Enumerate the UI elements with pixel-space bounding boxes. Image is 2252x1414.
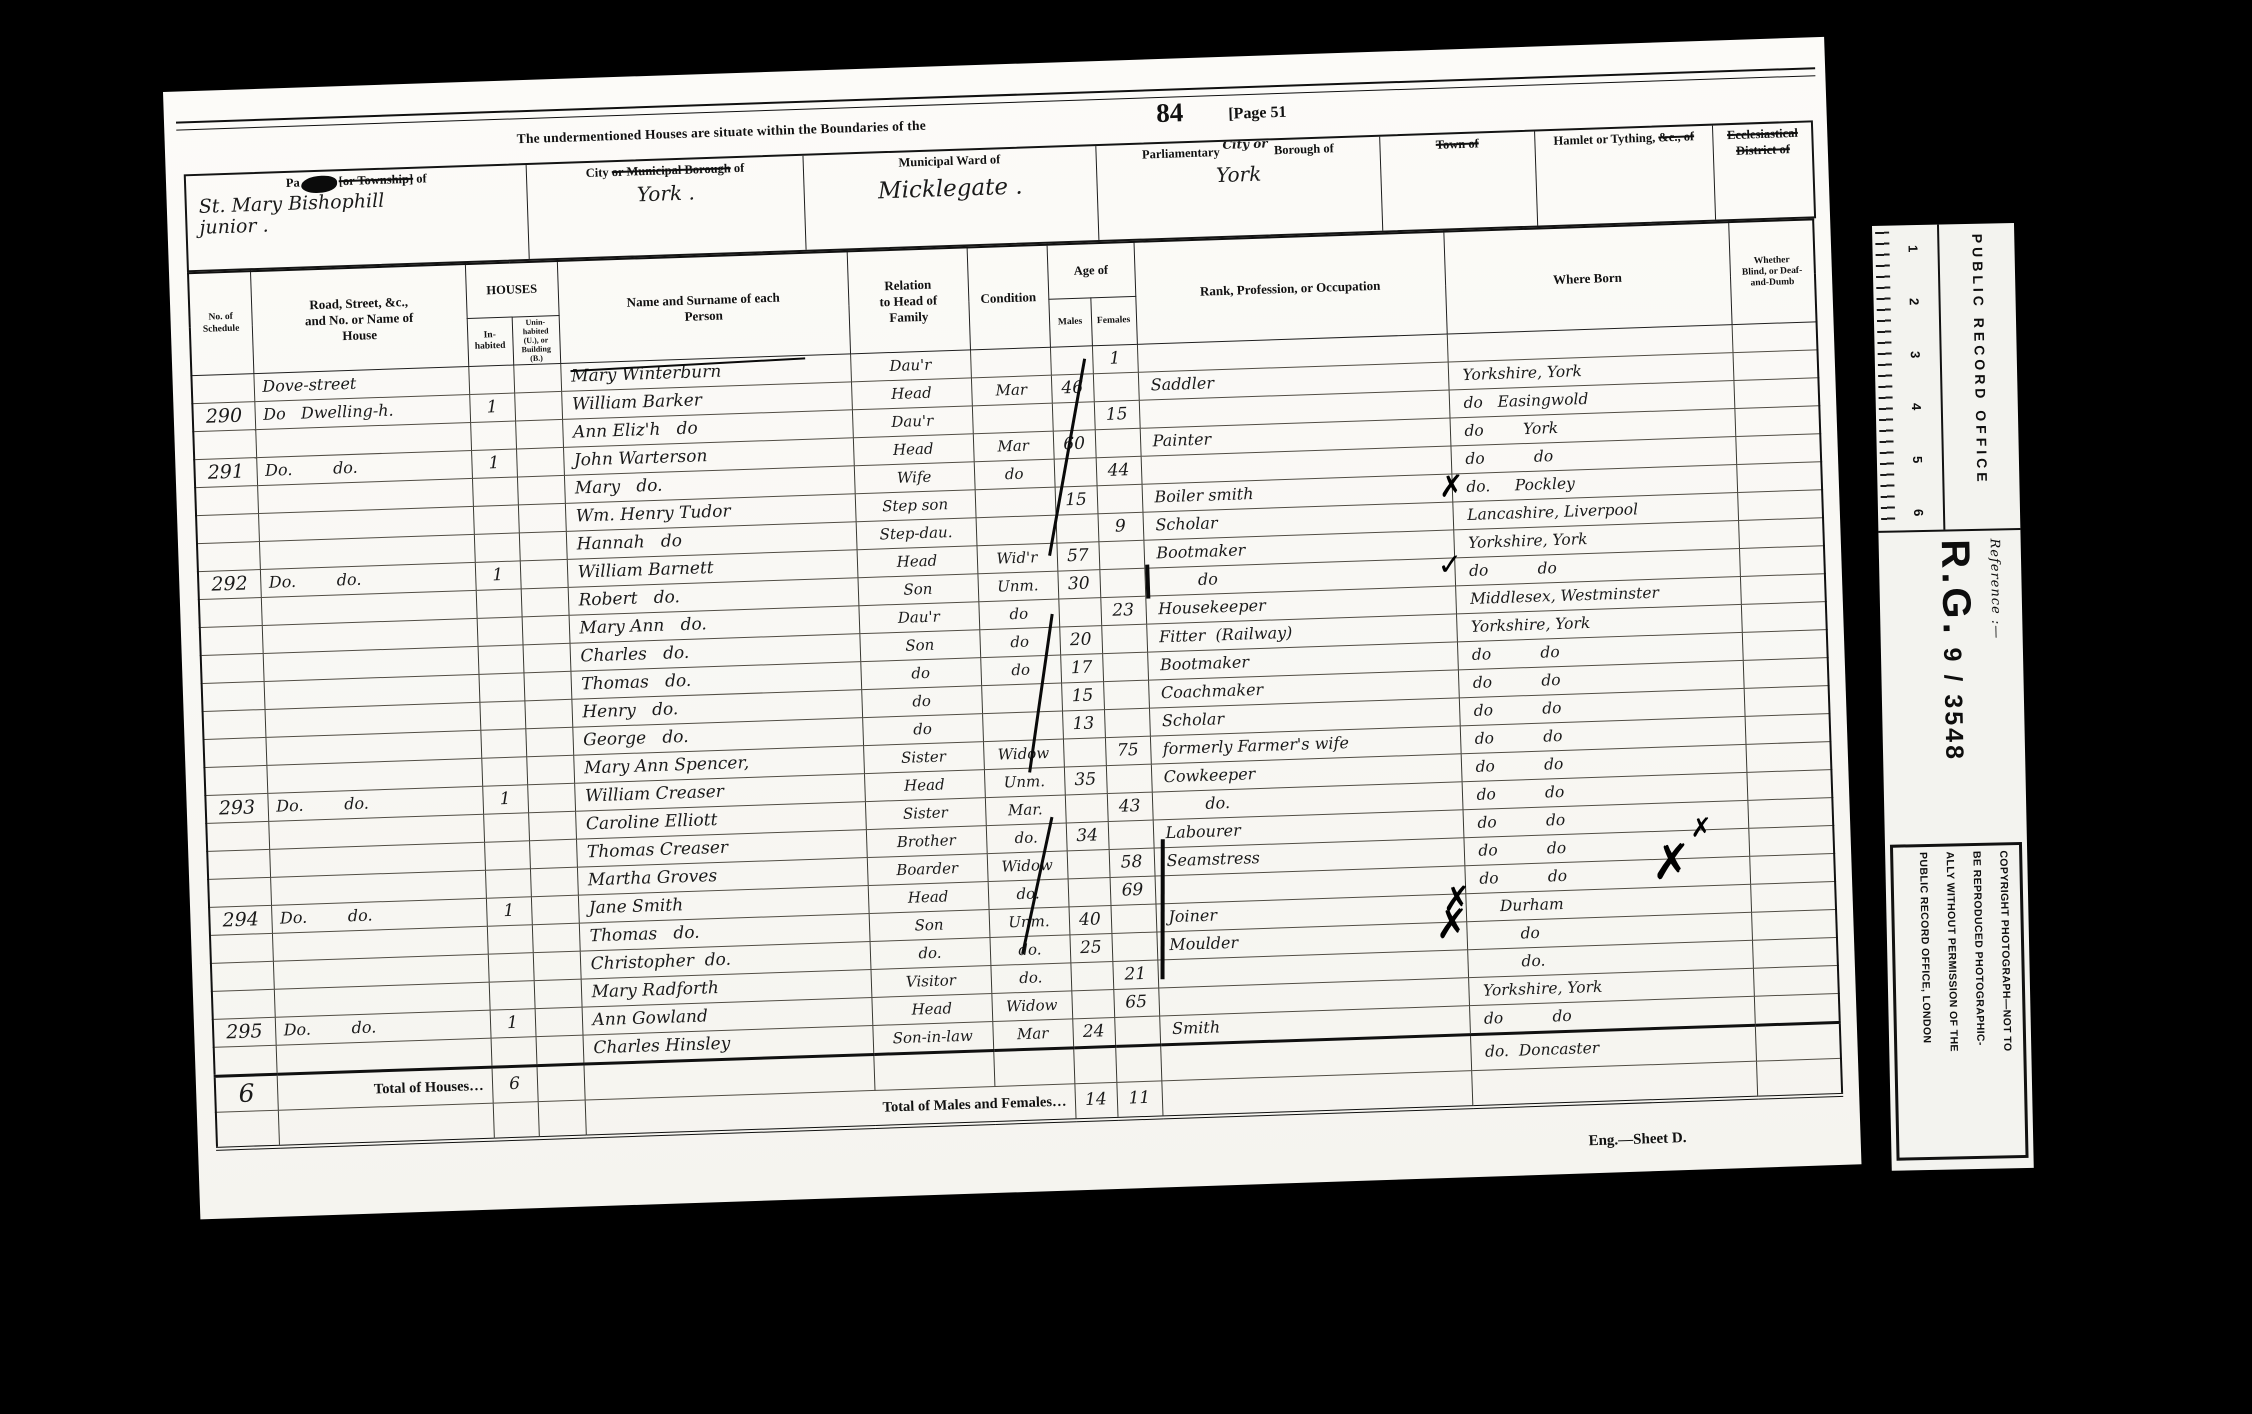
cell-s [195,486,258,516]
cell-rel: Visitor [870,966,991,998]
cell-uninh [536,1036,584,1067]
district-cell: Municipal Ward ofMicklegate . [803,146,1099,250]
scan-background: The undermentioned Houses are situate wi… [0,0,2252,1414]
cell-uninh [521,588,569,618]
cell-cond: Widow [987,851,1068,882]
cell-uninh [528,812,576,842]
cell-cond: do. [986,823,1067,854]
cell-f: 44 [1096,457,1142,486]
cell-f [1114,1016,1160,1046]
cell-blind [1750,882,1836,913]
cell-uninh [513,364,561,394]
cell-f [1093,373,1139,402]
cell-cond: Widow [983,739,1064,770]
cell-cond: Widow [991,991,1072,1022]
cell-s [204,766,267,796]
cell-cond: Mar [992,1019,1073,1051]
cell-blind [1747,798,1833,829]
cell-f [1111,932,1157,961]
empty-cell [216,1111,279,1150]
header-name: Name and Surname of each Person [557,251,850,363]
empty-cell [1755,1023,1841,1062]
cell-inh [488,953,534,982]
cell-m: 15 [1055,486,1098,515]
total-males: 14 [1074,1083,1117,1121]
cell-m [1050,346,1093,375]
district-cell: Pa[or Township] ofSt. Mary Bishophill ju… [186,165,530,270]
district-value: York . [532,179,800,208]
cell-rel: Dau'r [858,602,979,634]
cell-uninh [531,896,579,926]
cell-m: 30 [1057,570,1100,599]
cell-uninh [523,644,571,674]
folio-number: 84 [1156,97,1184,129]
header-males: Males [1048,297,1092,347]
cell-s [191,374,254,404]
copyright-stamp: COPYRIGHT PHOTOGRAPH—NOT TOBE REPRODUCED… [1890,842,2029,1161]
cell-cond [975,488,1056,519]
cell-blind [1742,630,1828,661]
cell-s [208,878,271,908]
cell-s: 294 [209,906,272,936]
cell-f: 1 [1092,345,1138,374]
cell-s: 292 [198,570,261,600]
cell-s [211,962,274,992]
cell-m [1067,850,1110,879]
cell-blind [1752,938,1838,969]
cell-cond [970,348,1051,379]
cell-m [1068,878,1111,907]
cell-cond [981,683,1062,714]
district-cell: Town of [1380,132,1538,231]
cell-s: 290 [192,402,255,432]
page-title: The undermentioned Houses are situate wi… [516,118,926,148]
cell-rel: Head [864,770,985,802]
cell-blind [1746,770,1832,801]
cell-inh: 1 [490,1009,536,1038]
district-label: Municipal Ward of [807,149,1091,174]
cell-uninh [529,840,577,870]
empty-cell [1756,1059,1842,1098]
district-label: Hamlet or Tything, &c., of [1539,129,1709,150]
cell-rel: Dau'r [850,350,971,382]
cell-f: 43 [1107,793,1153,822]
cell-rel: do [861,686,982,718]
cell-m [1063,738,1106,767]
cell-s [203,710,266,740]
cell-rel: Son [859,630,980,662]
cell-cond: do [980,656,1061,687]
cell-blind [1745,714,1831,745]
sheet-imprint: Eng.—Sheet D. [1588,1125,1860,1151]
cell-s [197,542,260,572]
cell-rel: Dau'r [852,406,973,438]
cell-blind [1751,910,1837,941]
cell-uninh [523,672,571,702]
empty-cell [1115,1045,1161,1082]
cell-cond: do. [990,935,1071,966]
cell-inh [473,505,519,534]
cell-cond: do. [988,879,1069,910]
cell-s: 295 [213,1018,276,1048]
total-females: 11 [1116,1081,1162,1119]
header-houses: HOUSES [465,261,559,318]
cell-rel: Head [853,434,974,466]
cell-blind [1734,406,1820,437]
cell-uninh [525,728,573,758]
cell-inh [478,645,524,674]
cell-inh [472,477,518,506]
cell-blind [1739,546,1825,577]
cell-uninh [524,700,572,730]
cell-m [1052,402,1095,431]
cell-s [196,514,259,544]
district-value: St. Mary Bishophill junior . [190,186,524,241]
empty-cell [537,1065,585,1103]
cell-blind [1744,686,1830,717]
cell-rel: Head [857,546,978,578]
cell-uninh [514,392,562,422]
cell-blind [1753,966,1839,997]
cell-f [1099,569,1145,598]
cell-inh [479,701,525,730]
cell-m: 57 [1056,542,1099,571]
cell-inh [470,421,516,450]
ruler-number: 5 [1910,456,1925,464]
cell-f: 65 [1113,988,1159,1017]
cell-m [1070,962,1113,991]
header-road: Road, Street, &c., and No. or Name of Ho… [250,264,468,374]
cell-cond [972,404,1053,435]
cell-f [1106,765,1152,794]
pro-office-label: PUBLIC RECORD OFFICE [1937,224,1991,530]
cell-blind [1749,854,1835,885]
cell-m: 17 [1060,654,1103,683]
cell-blind [1733,350,1819,381]
header-condition: Condition [967,245,1050,351]
ruler-number: 3 [1908,350,1923,358]
header-relation: Relation to Head of Family [847,247,970,354]
header-born: Where Born [1443,222,1731,334]
cell-s [193,430,256,460]
ruler-number: 6 [1911,509,1926,517]
cell-f: 58 [1109,849,1155,878]
cell-inh [478,673,524,702]
cell-s: 293 [205,794,268,824]
empty-cell [873,1051,994,1091]
census-table: No. of Schedule Road, Street, &c., and N… [187,218,1843,1151]
cell-uninh [519,532,567,562]
cell-s [206,822,269,852]
cell-rel: Son [869,910,990,942]
district-value: York [1101,159,1377,188]
cell-inh [483,813,529,842]
cell-s [200,626,263,656]
cell-rel: Boarder [867,854,988,886]
cell-uninh [535,1008,583,1038]
cell-inh [468,365,514,394]
cell-inh: 1 [475,561,521,590]
district-cell: ParliamentaryCity or Borough ofYork [1096,137,1384,240]
cell-inh: 1 [482,785,528,814]
district-value: Micklegate . [808,173,1092,205]
cell-f: 23 [1100,597,1146,626]
cell-blind [1736,462,1822,493]
cell-s: 291 [194,458,257,488]
header-females: Females [1090,296,1137,346]
cell-uninh [518,504,566,534]
cell-f: 21 [1112,960,1158,989]
total-houses-value: 6 [492,1066,538,1103]
cell-f [1097,485,1143,514]
cell-uninh [517,476,565,506]
total-houses-margin: 6 [215,1075,278,1113]
cell-uninh [533,952,581,982]
cell-rel: do [862,714,983,746]
cell-cond: Unm. [977,572,1058,603]
cell-s [207,850,270,880]
census-sheet: The undermentioned Houses are situate wi… [163,37,1861,1219]
cell-uninh [530,868,578,898]
empty-cell [538,1101,586,1139]
ink-blot [301,175,338,193]
page-number-bracket: [Page 51 [1228,104,1287,124]
cell-cond [982,711,1063,742]
cell-cond: Mar. [985,795,1066,826]
cell-inh [489,981,535,1010]
cell-inh [484,841,530,870]
cell-s [212,990,275,1020]
header-blind: Whether Blind, or Deaf- and-Dumb [1728,219,1816,325]
cell-m: 20 [1059,626,1102,655]
cell-inh [476,589,522,618]
cell-inh: 1 [469,393,515,422]
cell-inh: 1 [486,897,532,926]
cell-s [214,1046,277,1077]
cell-blind [1743,658,1829,689]
ruler-section: 123456 PUBLIC RECORD OFFICE [1872,223,2020,533]
cell-f: 15 [1094,401,1140,430]
cell-rel: Son [858,574,979,606]
district-label: Town of [1384,135,1530,155]
ruler-number: 2 [1907,298,1922,306]
district-value [1719,161,1808,164]
cell-f [1098,541,1144,570]
cell-uninh [532,924,580,954]
cell-f [1095,429,1141,458]
cell-rel: Brother [866,826,987,858]
empty-cell [493,1102,539,1140]
cell-m: 13 [1062,710,1105,739]
empty-cell [993,1048,1074,1087]
cell-f [1103,681,1149,710]
cell-blind [1737,490,1823,521]
cell-m: 25 [1069,934,1112,963]
cell-m: 46 [1051,374,1094,403]
cell-f [1111,904,1157,933]
header-schedule: No. of Schedule [188,271,253,376]
cell-blind [1735,434,1821,465]
table-body: Dove-streetMary WinterburnDau'r1290Do Dw… [191,322,1839,1077]
cell-uninh [515,420,563,450]
cell-rel: do. [870,938,991,970]
header-inhabited: In- habited [467,317,514,367]
cell-m: 35 [1064,766,1107,795]
cell-rel: Sister [863,742,984,774]
reference-label: Reference :— [1977,538,2017,835]
pro-reference-card: 123456 PUBLIC RECORD OFFICE Reference :—… [1872,223,2034,1171]
cell-cond: Mar [971,376,1052,407]
district-cell: City or Municipal Borough ofYork . [527,156,806,259]
cell-blind [1754,994,1840,1026]
district-cell: Hamlet or Tything, &c., of [1535,126,1717,226]
cell-uninh [520,560,568,590]
cell-cond: Mar [973,432,1054,463]
cell-inh [480,729,526,758]
cell-s [202,682,265,712]
reference-section: Reference :— R.G. 9 / 3548 [1878,530,2026,837]
cell-m: 40 [1069,906,1112,935]
cell-blind [1738,518,1824,549]
cell-cond: do [979,628,1060,659]
cell-uninh [526,756,574,786]
cell-s [201,654,264,684]
cell-m [1071,990,1114,1019]
cell-rel: do [860,658,981,690]
cell-inh: 1 [471,449,517,478]
cell-uninh [527,784,575,814]
cell-f [1104,709,1150,738]
cell-f: 75 [1105,737,1151,766]
cell-m [1058,598,1101,627]
cell-s [210,934,273,964]
cell-inh [491,1037,537,1067]
cell-inh [481,757,527,786]
cell-f [1108,821,1154,850]
cell-cond: Unm. [984,767,1065,798]
cell-rel: Son-in-law [872,1022,993,1055]
district-value [1385,154,1530,159]
empty-cell [278,1104,494,1148]
cell-rel: Step son [855,490,976,522]
cell-f: 69 [1110,876,1156,905]
cell-m: 15 [1061,682,1104,711]
cell-f: 9 [1098,513,1144,542]
header-rank: Rank, Profession, or Occupation [1134,232,1447,345]
cell-blind [1746,742,1832,773]
cell-f [1101,625,1147,654]
cell-uninh [516,448,564,478]
cell-inh [485,869,531,898]
cell-uninh [522,616,570,646]
header-age: Age of [1047,242,1136,299]
cell-inh [474,533,520,562]
cell-cond: Unm. [989,907,1070,938]
cell-blind [1740,574,1826,605]
cell-cond: do [978,600,1059,631]
district-value [1539,148,1709,154]
cell-rel: Head [871,994,992,1026]
header-uninhabited: Unin- habited (U.), or Building (B.) [512,315,561,365]
empty-cell [1073,1047,1116,1084]
district-label: Ecclesiastical District of [1717,126,1808,160]
reference-number: R.G. 9 / 3548 [1932,539,1983,836]
ruler-number: 1 [1906,245,1921,253]
cell-blind [1732,322,1818,353]
cell-rel: Head [868,882,989,914]
cell-rel: Wife [854,462,975,494]
cell-blind [1733,378,1819,409]
cell-inh [477,617,523,646]
district-cell: Ecclesiastical District of [1713,122,1814,219]
ruler-number: 4 [1909,403,1924,411]
cell-cond: do. [990,963,1071,994]
cell-cond [976,516,1057,547]
cell-rel: Head [851,378,972,410]
cell-m [1056,514,1099,543]
cell-inh [487,925,533,954]
cell-blind [1748,826,1834,857]
cell-s [199,598,262,628]
cell-m: 24 [1072,1018,1115,1048]
cell-f [1102,653,1148,682]
cell-blind [1741,602,1827,633]
cell-s [204,738,267,768]
cell-cond: do [974,460,1055,491]
cell-cond: Wid'r [977,544,1058,575]
ruler-numbers: 123456 [1889,225,1943,531]
cell-m: 34 [1066,822,1109,851]
cell-rel: Sister [865,798,986,830]
cell-rel: Step-dau. [856,518,977,550]
cell-m: 60 [1053,430,1096,459]
cell-uninh [534,980,582,1010]
cell-m [1054,458,1097,487]
cell-m [1065,794,1108,823]
